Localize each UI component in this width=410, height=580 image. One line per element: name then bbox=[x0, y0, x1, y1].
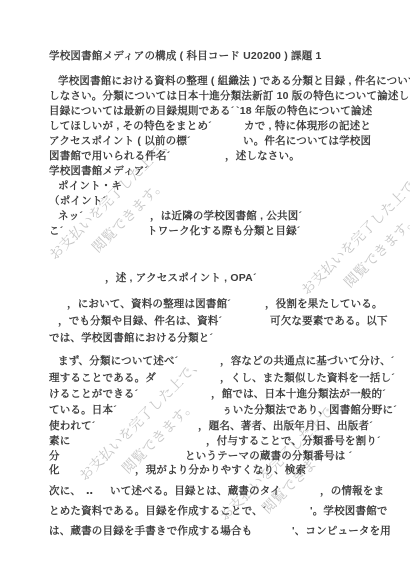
text-line-segment: 次に、 bbox=[49, 485, 81, 497]
text-line-segment: ネッ´ bbox=[58, 210, 83, 222]
text-line-segment: 図書館で用いられる件名´ bbox=[49, 150, 170, 162]
text-line-segment: してほしいが , その特色をまとめ´ bbox=[49, 120, 212, 132]
text-line-segment: 化 bbox=[49, 464, 60, 476]
text-line-segment: ，述 , アクセスポイント , OPA´ bbox=[105, 272, 257, 284]
text-line-segment: ている。日本´ bbox=[49, 404, 117, 416]
text-line-segment: 素に bbox=[49, 435, 70, 447]
text-line-segment: 目録については最新の目録規則である´ bbox=[49, 105, 234, 117]
text-line-segment: いて述べる。目録とは、蔵書のタイ bbox=[110, 485, 281, 497]
text-line-segment: ，は近隣の学校図書館 , 公共図´ bbox=[150, 210, 302, 222]
text-line-segment: ，容などの共通点に基づいて分け、´ bbox=[220, 355, 394, 367]
text-line-segment: ，において、資料の整理は図書館´ bbox=[67, 298, 231, 310]
text-line-segment: というテーマの蔵書の分類番号は ´ bbox=[185, 450, 352, 462]
text-line-segment: 使われて´ bbox=[49, 420, 96, 432]
text-line-segment: ，の情報をま bbox=[320, 485, 384, 497]
text-line-segment: ʹ、コンピュータを用 bbox=[292, 525, 391, 537]
text-line-segment: ，役割を果たしている。 bbox=[265, 298, 383, 310]
text-line-segment: ，でも分類や目録、件名は、資料´ bbox=[58, 315, 222, 327]
text-line-segment: とめた資料である。目録を作成することで、´ bbox=[49, 505, 267, 517]
document-title: 学校図書館メディアの構成 ( 科目コード U20200 ) 課題 1 bbox=[49, 50, 322, 62]
text-line-segment: ，館では、日本十進分類法が一般的´ bbox=[211, 388, 386, 400]
text-line-segment: ，現がより分かりやすくなり、検索 bbox=[135, 464, 306, 476]
text-line-segment: ，くし、また類似した資料を一括し´ bbox=[220, 372, 395, 384]
text-line-segment: トワーク化する際も分類と目録´ bbox=[147, 225, 301, 237]
text-line-segment: 理することである。ダ bbox=[49, 372, 156, 384]
text-line-segment: 分 bbox=[49, 450, 60, 462]
text-line-segment: ポイント・キ bbox=[58, 180, 122, 192]
text-line-segment: カで , 特に体現形の記述と bbox=[244, 120, 371, 132]
text-line-segment: 可欠な要素である。以下 bbox=[270, 315, 388, 327]
text-line-segment: 学校図書館メディア´ bbox=[49, 165, 148, 177]
text-line-segment: ʹ。学校図書館で bbox=[310, 505, 388, 517]
text-line-segment: こ´ bbox=[49, 225, 63, 237]
text-line-segment: `18 年版の特色について論述 bbox=[236, 105, 372, 117]
text-line-segment: では、学校図書館における分類と´ bbox=[49, 332, 213, 344]
text-line-segment: しなさい。分類については日本十進分類法新訂 10 版の特色について論述しなさい。 bbox=[49, 90, 410, 102]
text-line-segment: 学校図書館における資料の整理 ( 組織法 ) である分類と目録 , 件名について… bbox=[58, 75, 410, 87]
text-line-segment: ，述しなさい。 bbox=[225, 150, 300, 162]
text-line-segment: ，題名、著者、出版年月日、出版者´ bbox=[198, 420, 373, 432]
text-line-segment: けることができる´ bbox=[49, 388, 138, 400]
document-page: お支払いを完了した上で、閲覧できます。お支払いを完了した上で、閲覧できます。お支… bbox=[0, 0, 410, 580]
document-text-layer: 学校図書館メディアの構成 ( 科目コード U20200 ) 課題 1 学校図書館… bbox=[0, 0, 410, 580]
text-line-segment: ‥ bbox=[86, 485, 93, 497]
text-line-segment: い。件名については学校図 bbox=[243, 135, 371, 147]
text-line-segment: ，付与することで、分類番号を割り´ bbox=[206, 435, 381, 447]
text-line-segment: まず、分類について述べ´ bbox=[58, 355, 178, 367]
text-line-segment: アクセスポイント ( 以前の標´ bbox=[49, 135, 191, 147]
text-line-segment: は、蔵書の目録を手書きで作成する場合も bbox=[49, 525, 252, 537]
text-line-segment: （ポイント´ bbox=[49, 195, 106, 207]
text-line-segment: ぅいた分類法であり、図書館分野に´ bbox=[222, 404, 397, 416]
